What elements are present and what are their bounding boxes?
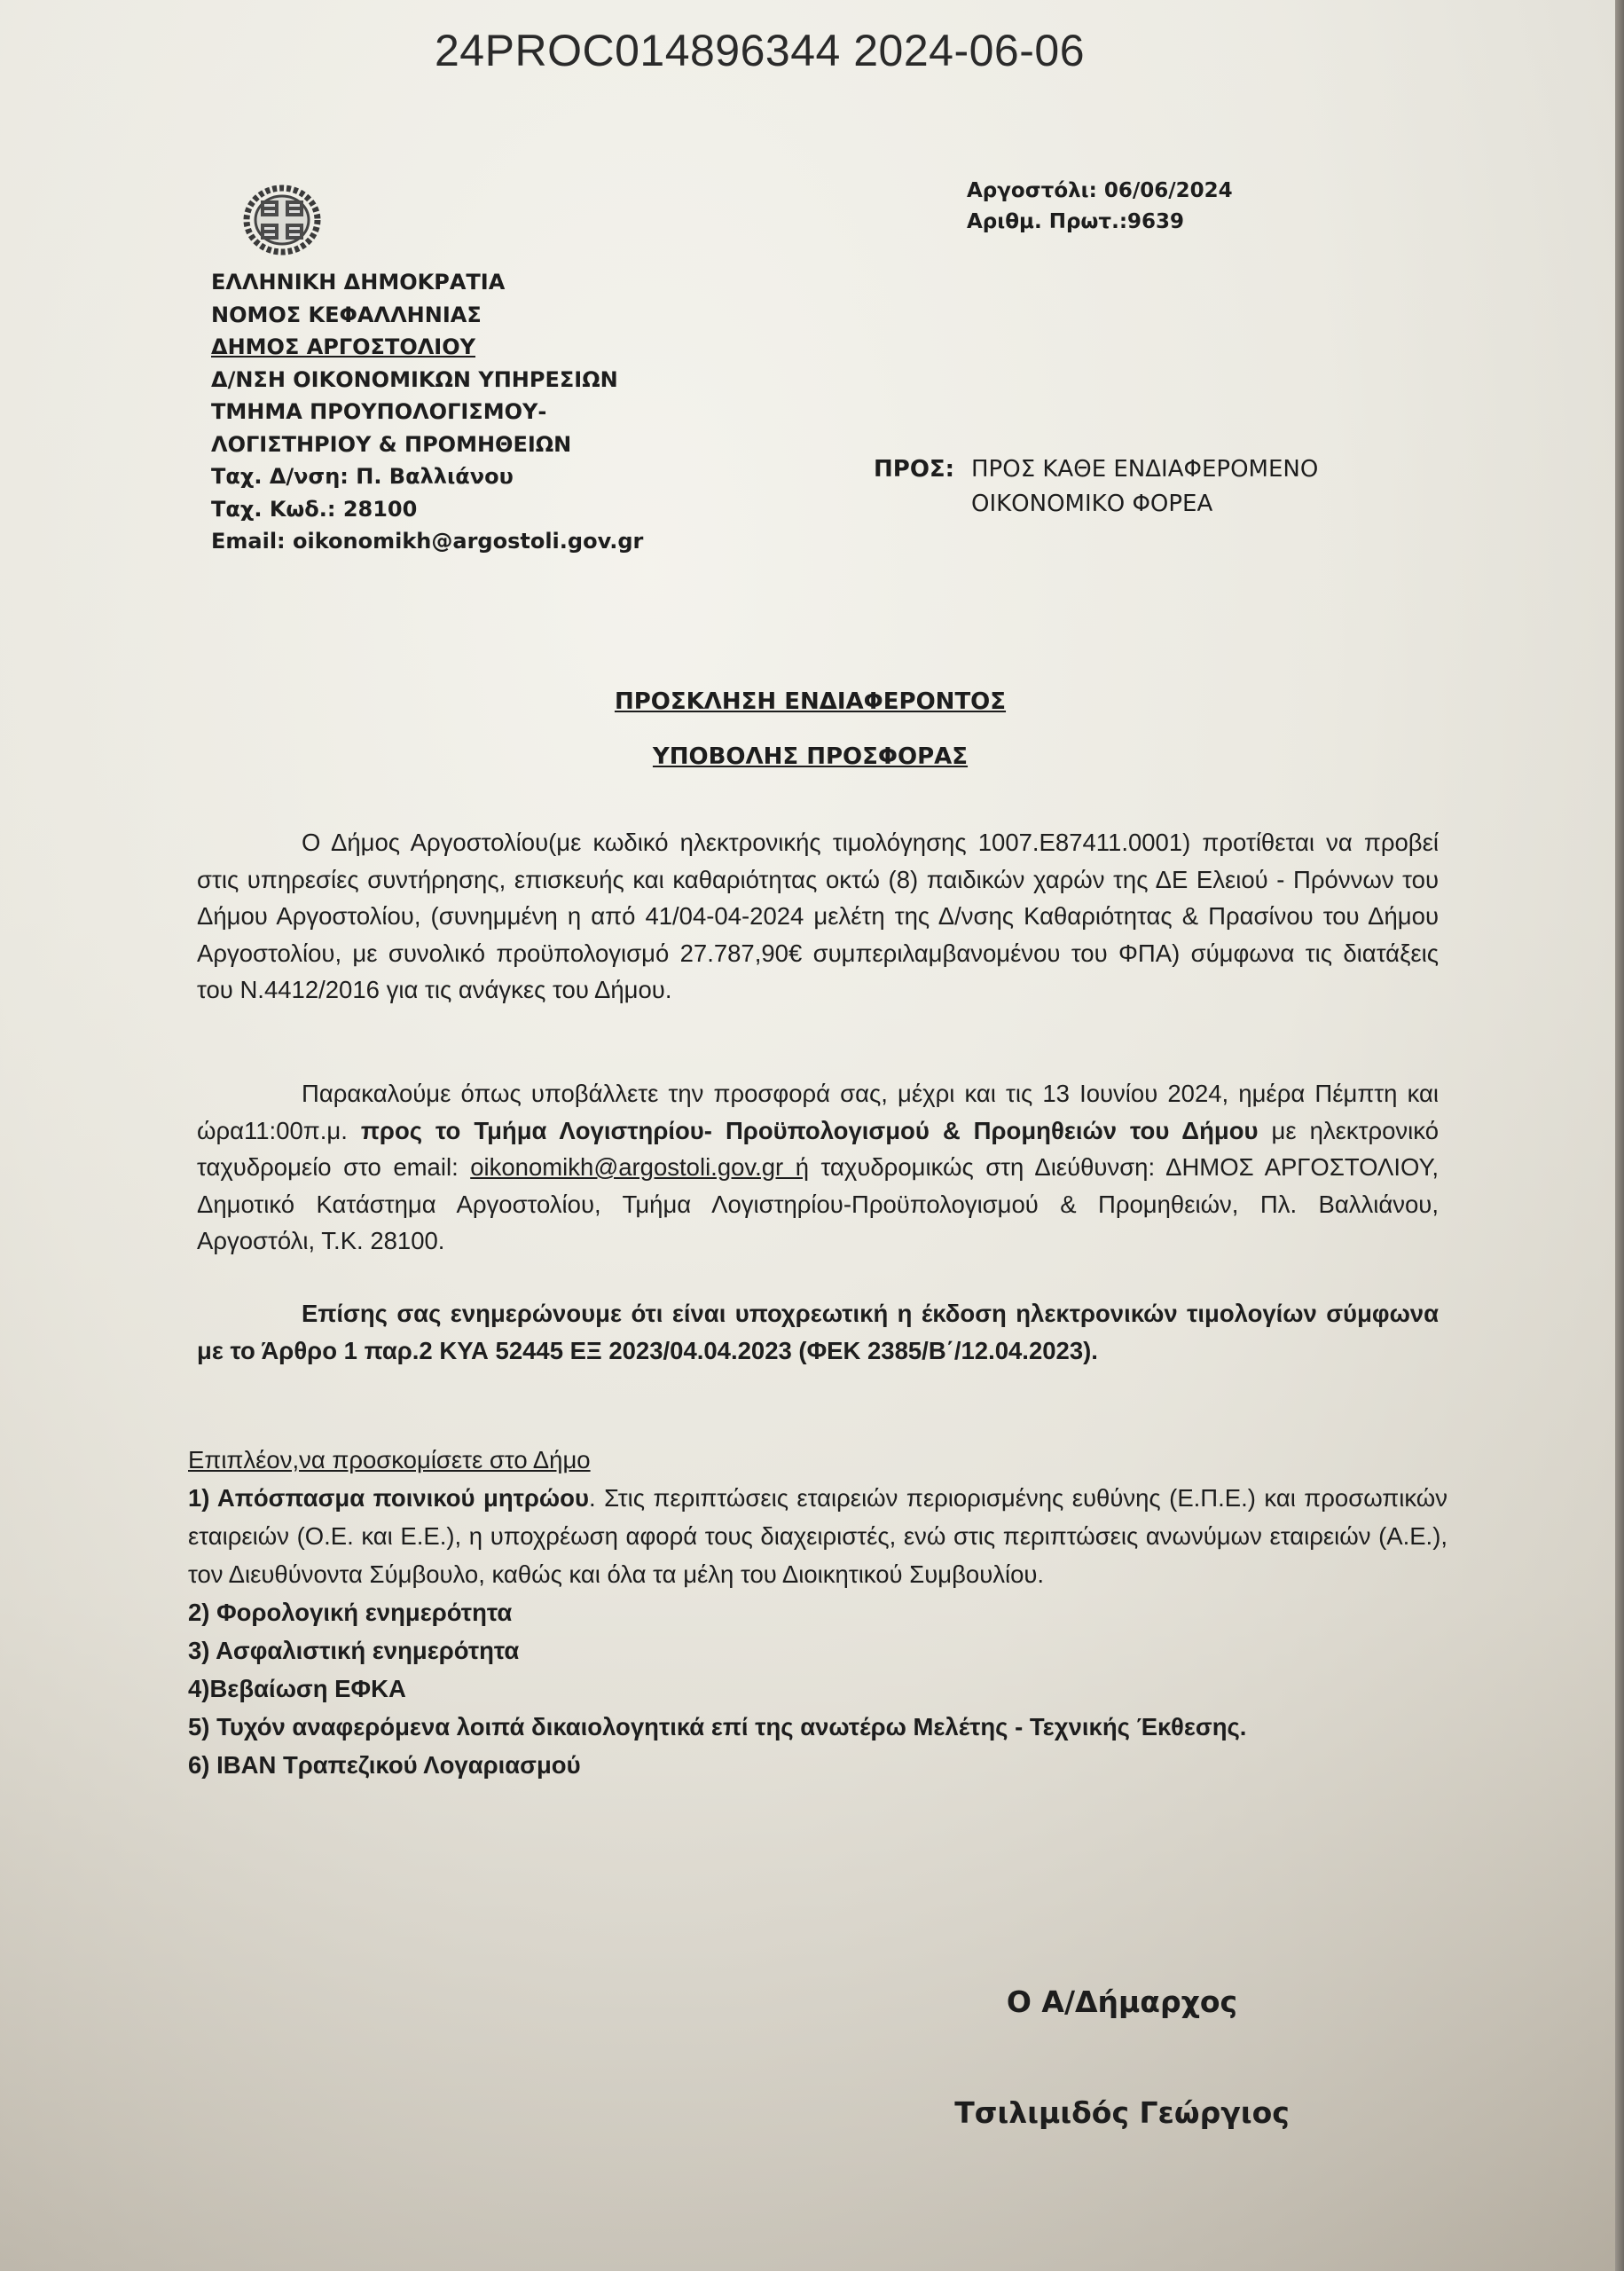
sender-email: Email: oikonomikh@argostoli.gov.gr <box>211 525 643 558</box>
requirements-list: Επιπλέον,να προσκομίσετε στο Δήμο 1) Από… <box>188 1441 1447 1784</box>
requirement-item-title: 4)Βεβαίωση ΕΦΚΑ <box>188 1675 406 1702</box>
paragraph-einvoicing: Επίσης σας ενημερώνουμε ότι είναι υποχρε… <box>197 1295 1439 1369</box>
requirement-item-title: 1) Απόσπασμα ποινικού μητρώου <box>188 1484 589 1512</box>
sender-prefecture: ΝΟΜΟΣ ΚΕΦΑΛΛΗΝΙΑΣ <box>211 299 643 332</box>
requirement-item: 6) IBAN Τραπεζικού Λογαριασμού <box>188 1746 1447 1784</box>
requirements-heading: Επιπλέον,να προσκομίσετε στο Δήμο <box>188 1441 1447 1479</box>
requirement-item: 5) Τυχόν αναφερόμενα λοιπά δικαιολογητικ… <box>188 1708 1447 1746</box>
requirement-item: 1) Απόσπασμα ποινικού μητρώου. Στις περι… <box>188 1479 1447 1593</box>
requirement-item: 2) Φορολογική ενημερότητα <box>188 1593 1447 1631</box>
document-title-line-2: ΥΠΟΒΟΛΗΣ ΠΡΟΣΦΟΡΑΣ <box>0 743 1622 770</box>
sender-directorate: Δ/ΝΣΗ ΟΙΚΟΝΟΜΙΚΩΝ ΥΠΗΡΕΣΙΩΝ <box>211 364 643 397</box>
sender-department-2: ΛΟΓΙΣΤΗΡΙΟΥ & ΠΡΟΜΗΘΕΙΩΝ <box>211 428 643 461</box>
requirement-item-title: 3) Ασφαλιστική ενημερότητα <box>188 1637 519 1664</box>
submission-recipient-bold: προς το Τμήμα Λογιστηρίου- Προϋπολογισμο… <box>361 1117 1259 1144</box>
signature-name: Τσιλιμιδός Γεώργιος <box>878 2095 1366 2130</box>
signature-title: Ο Α/Δήμαρχος <box>878 1984 1366 2019</box>
sender-block: ΕΛΛΗΝΙΚΗ ΔΗΜΟΚΡΑΤΙΑ ΝΟΜΟΣ ΚΕΦΑΛΛΗΝΙΑΣ ΔΗ… <box>211 266 643 558</box>
paragraph-intro: Ο Δήμος Αργοστολίου(με κωδικό ηλεκτρονικ… <box>197 824 1439 1009</box>
sender-municipality: ΔΗΜΟΣ ΑΡΓΟΣΤΟΛΙΟΥ <box>211 331 643 364</box>
requirement-item-title: 5) Τυχόν αναφερόμενα λοιπά δικαιολογητικ… <box>188 1713 1246 1741</box>
document-reference-number: 24PROC014896344 2024-06-06 <box>435 25 1085 76</box>
document-title-line-1: ΠΡΟΣΚΛΗΣΗ ΕΝΔΙΑΦΕΡΟΝΤΟΣ <box>0 688 1622 715</box>
greek-coat-of-arms-icon <box>242 185 322 255</box>
sender-address: Ταχ. Δ/νση: Π. Βαλλιάνου <box>211 460 643 493</box>
paragraph-einvoicing-text: Επίσης σας ενημερώνουμε ότι είναι υποχρε… <box>197 1300 1439 1364</box>
page-edge-shadow <box>1615 0 1624 2271</box>
sender-department-1: ΤΜΗΜΑ ΠΡΟΥΠΟΛΟΓΙΣΜΟΥ- <box>211 396 643 428</box>
document-page: 24PROC014896344 2024-06-06 ΕΛΛΗΝΙΚΗ ΔΗΜΟ… <box>0 0 1624 2271</box>
sender-postal-code: Ταχ. Κωδ.: 28100 <box>211 493 643 526</box>
requirement-item: 3) Ασφαλιστική ενημερότητα <box>188 1631 1447 1670</box>
recipient-label: ΠΡΟΣ: <box>874 452 971 522</box>
document-date: Αργοστόλι: 06/06/2024 <box>967 176 1233 207</box>
paragraph-intro-text: Ο Δήμος Αργοστολίου(με κωδικό ηλεκτρονικ… <box>197 829 1439 1003</box>
paragraph-submission: Παρακαλούμε όπως υποβάλλετε την προσφορά… <box>197 1075 1439 1260</box>
recipient-line-2: ΟΙΚΟΝΟΜΙΚΟ ΦΟΡΕΑ <box>971 487 1318 522</box>
requirement-item-title: 6) IBAN Τραπεζικού Λογαριασμού <box>188 1751 581 1779</box>
protocol-number: Αριθμ. Πρωτ.:9639 <box>967 207 1233 238</box>
requirement-item-title: 2) Φορολογική ενημερότητα <box>188 1599 512 1626</box>
recipient-line-1: ΠΡΟΣ ΚΑΘΕ ΕΝΔΙΑΦΕΡΟΜΕΝΟ <box>971 452 1318 487</box>
requirement-item: 4)Βεβαίωση ΕΦΚΑ <box>188 1670 1447 1708</box>
date-protocol-block: Αργοστόλι: 06/06/2024 Αριθμ. Πρωτ.:9639 <box>967 176 1233 238</box>
recipient-block: ΠΡΟΣ: ΠΡΟΣ ΚΑΘΕ ΕΝΔΙΑΦΕΡΟΜΕΝΟ ΟΙΚΟΝΟΜΙΚΟ… <box>874 452 1318 522</box>
sender-country: ΕΛΛΗΝΙΚΗ ΔΗΜΟΚΡΑΤΙΑ <box>211 266 643 299</box>
email-link[interactable]: oikonomikh@argostoli.gov.gr ή <box>470 1153 809 1181</box>
